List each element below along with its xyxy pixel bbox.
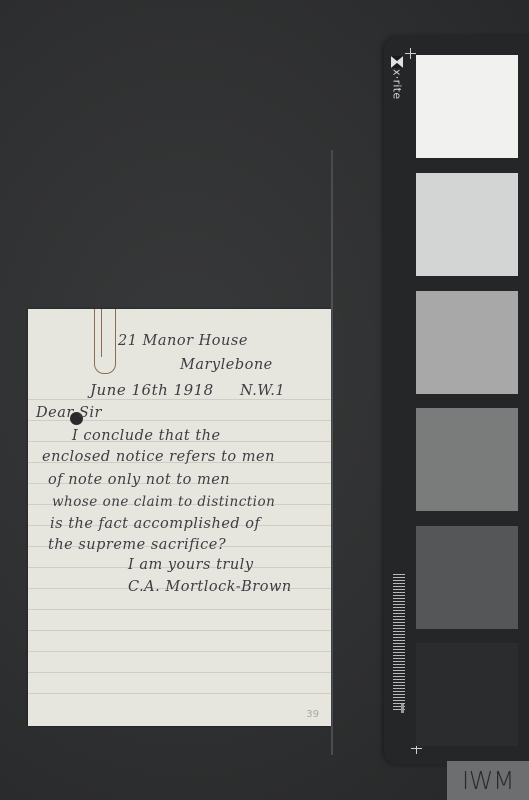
- body-line: whose one claim to distinction: [52, 494, 275, 510]
- swatch-dark-gray: [416, 526, 518, 629]
- body-line: I conclude that the: [72, 428, 221, 444]
- page-number: 39: [306, 709, 319, 720]
- ruled-line: [28, 399, 331, 400]
- brand-mark: x·rite: [388, 56, 406, 106]
- swatch-mid-light-gray: [416, 291, 518, 394]
- ruled-line: [28, 672, 331, 673]
- iwm-watermark: IWM: [447, 761, 529, 800]
- swatch-mid-gray: [416, 408, 518, 511]
- salutation: Dear Sir: [36, 405, 102, 421]
- swatch-light-gray: [416, 173, 518, 276]
- xrite-logo-icon: [391, 56, 403, 68]
- body-line: enclosed notice refers to men: [42, 449, 275, 465]
- letter-date: June 16th 1918: [90, 381, 214, 399]
- body-line: of note only not to men: [48, 472, 230, 488]
- body-line: the supreme sacrifice?: [48, 537, 226, 553]
- signature: C.A. Mortlock-Brown: [128, 579, 292, 595]
- measurement-scale: [393, 574, 405, 712]
- ruled-line: [28, 693, 331, 694]
- postal-district: N.W.1: [240, 383, 285, 399]
- address-line-2: Marylebone: [180, 357, 273, 373]
- ruled-line: [28, 651, 331, 652]
- letter-paper: 21 Manor House Marylebone June 16th 1918…: [28, 309, 331, 726]
- ruled-line: [28, 609, 331, 610]
- paper-clip-mark-inner: [101, 309, 102, 357]
- body-line: is the fact accomplished of: [50, 516, 260, 532]
- brand-name: x·rite: [391, 69, 404, 99]
- swatch-near-black: [416, 643, 518, 746]
- closing: I am yours truly: [128, 557, 254, 573]
- watermark-text: IWM: [462, 766, 514, 795]
- vertical-edge-line: [331, 150, 333, 755]
- ruled-line: [28, 630, 331, 631]
- paper-clip-mark: [94, 309, 116, 374]
- swatch-white: [416, 55, 518, 158]
- crosshair-icon: [405, 48, 416, 59]
- scale-end-mark: [401, 704, 404, 713]
- address-line-1: 21 Manor House: [118, 333, 248, 349]
